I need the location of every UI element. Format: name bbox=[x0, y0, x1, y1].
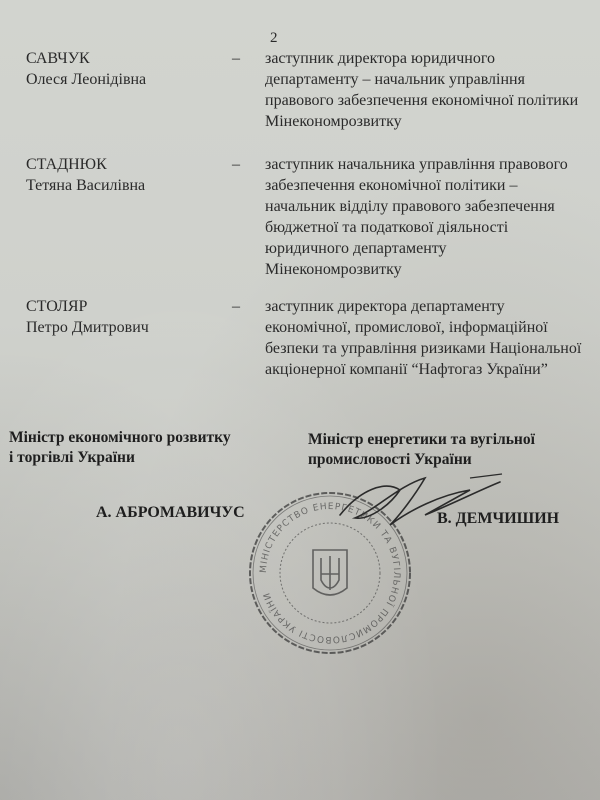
member-role: заступник начальника управління правовог… bbox=[265, 154, 568, 280]
handwritten-signature bbox=[330, 470, 510, 540]
role-line: департаменту – начальник управління bbox=[265, 69, 578, 90]
dash-separator: – bbox=[232, 48, 240, 69]
member-surname: САВЧУК bbox=[26, 48, 146, 69]
role-line: заступник директора департаменту bbox=[265, 296, 581, 317]
dash-separator: – bbox=[232, 296, 240, 317]
signatory-title-right: Міністр енергетики та вугільної промисло… bbox=[308, 430, 535, 470]
role-line: Мінекономрозвитку bbox=[265, 111, 578, 132]
title-line: Міністр енергетики та вугільної bbox=[308, 430, 535, 450]
member-given-names: Петро Дмитрович bbox=[26, 317, 149, 338]
signatory-name-left: А. АБРОМАВИЧУС bbox=[96, 504, 245, 522]
member-given-names: Олеся Леонідівна bbox=[26, 69, 146, 90]
title-line: Міністр економічного розвитку bbox=[9, 428, 231, 448]
title-line: промисловості України bbox=[308, 450, 535, 470]
member-name: САВЧУК Олеся Леонідівна bbox=[26, 48, 146, 90]
dash-separator: – bbox=[232, 154, 240, 175]
member-given-names: Тетяна Василівна bbox=[26, 175, 145, 196]
member-name: СТАДНЮК Тетяна Василівна bbox=[26, 154, 145, 196]
member-name: СТОЛЯР Петро Дмитрович bbox=[26, 296, 149, 338]
member-role: заступник директора юридичного департаме… bbox=[265, 48, 578, 132]
role-line: Мінекономрозвитку bbox=[265, 259, 568, 280]
signatory-title-left: Міністр економічного розвитку і торгівлі… bbox=[9, 428, 231, 468]
role-line: економічної, промислової, інформаційної bbox=[265, 317, 581, 338]
signatory-name-right: В. ДЕМЧИШИН bbox=[437, 510, 559, 528]
role-line: начальник відділу правового забезпечення bbox=[265, 196, 568, 217]
role-line: забезпечення економічної політики – bbox=[265, 175, 568, 196]
title-line: і торгівлі України bbox=[9, 448, 231, 468]
role-line: заступник директора юридичного bbox=[265, 48, 578, 69]
role-line: безпеки та управління ризиками Національ… bbox=[265, 338, 581, 359]
role-line: акціонерної компанії “Нафтогаз України” bbox=[265, 359, 581, 380]
member-surname: СТАДНЮК bbox=[26, 154, 145, 175]
role-line: правового забезпечення економічної політ… bbox=[265, 90, 578, 111]
member-role: заступник директора департаменту економі… bbox=[265, 296, 581, 380]
signature-icon bbox=[330, 470, 510, 540]
trident-coat-of-arms-icon bbox=[313, 550, 347, 595]
role-line: бюджетної та податкової діяльності bbox=[265, 217, 568, 238]
role-line: заступник начальника управління правовог… bbox=[265, 154, 568, 175]
page-number: 2 bbox=[270, 30, 278, 47]
member-surname: СТОЛЯР bbox=[26, 296, 149, 317]
role-line: юридичного департаменту bbox=[265, 238, 568, 259]
